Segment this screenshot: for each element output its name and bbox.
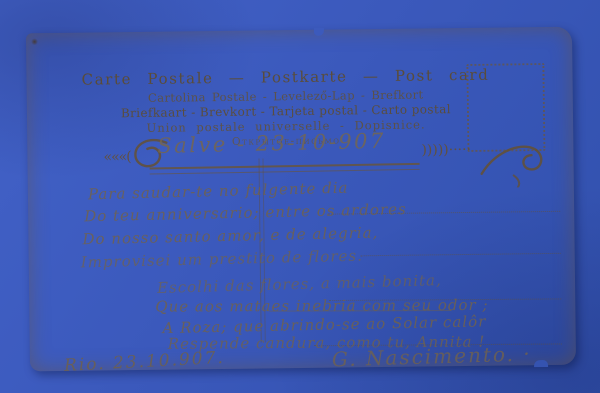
postcard: Carte Postale — Postkarte — Post card Ca… bbox=[26, 27, 576, 372]
poem-line: Do teu anniversario; entre os ardores bbox=[84, 200, 407, 225]
handwritten-salutation-date: Salve - 23-10-907 bbox=[157, 129, 386, 158]
banner-right-marks: )))))····· bbox=[421, 142, 471, 159]
poem-line: Escolhi das flores, a mais bonita, bbox=[157, 271, 442, 297]
handwritten-signature: G. Nascimento. · bbox=[332, 341, 532, 371]
poem-line: Para saudar-te no fulgente dia bbox=[88, 179, 349, 204]
banner-left-marks: «««( bbox=[103, 149, 130, 165]
bottom-edge-chip bbox=[534, 360, 548, 367]
photo-background: Carte Postale — Postkarte — Post card Ca… bbox=[0, 0, 600, 393]
handwritten-place-date: Rio. 23.10.907. bbox=[64, 348, 226, 376]
banner-underline bbox=[150, 163, 420, 175]
top-edge-notch bbox=[314, 28, 324, 36]
poem-line: Do nosso santo amor, e de alegria, bbox=[82, 224, 378, 249]
address-dotted-line bbox=[361, 253, 561, 256]
poem-line: Improvisei um prestito de flores. bbox=[81, 247, 364, 272]
flourish-swirl-icon bbox=[479, 137, 554, 188]
corner-wear-mark bbox=[31, 38, 38, 45]
